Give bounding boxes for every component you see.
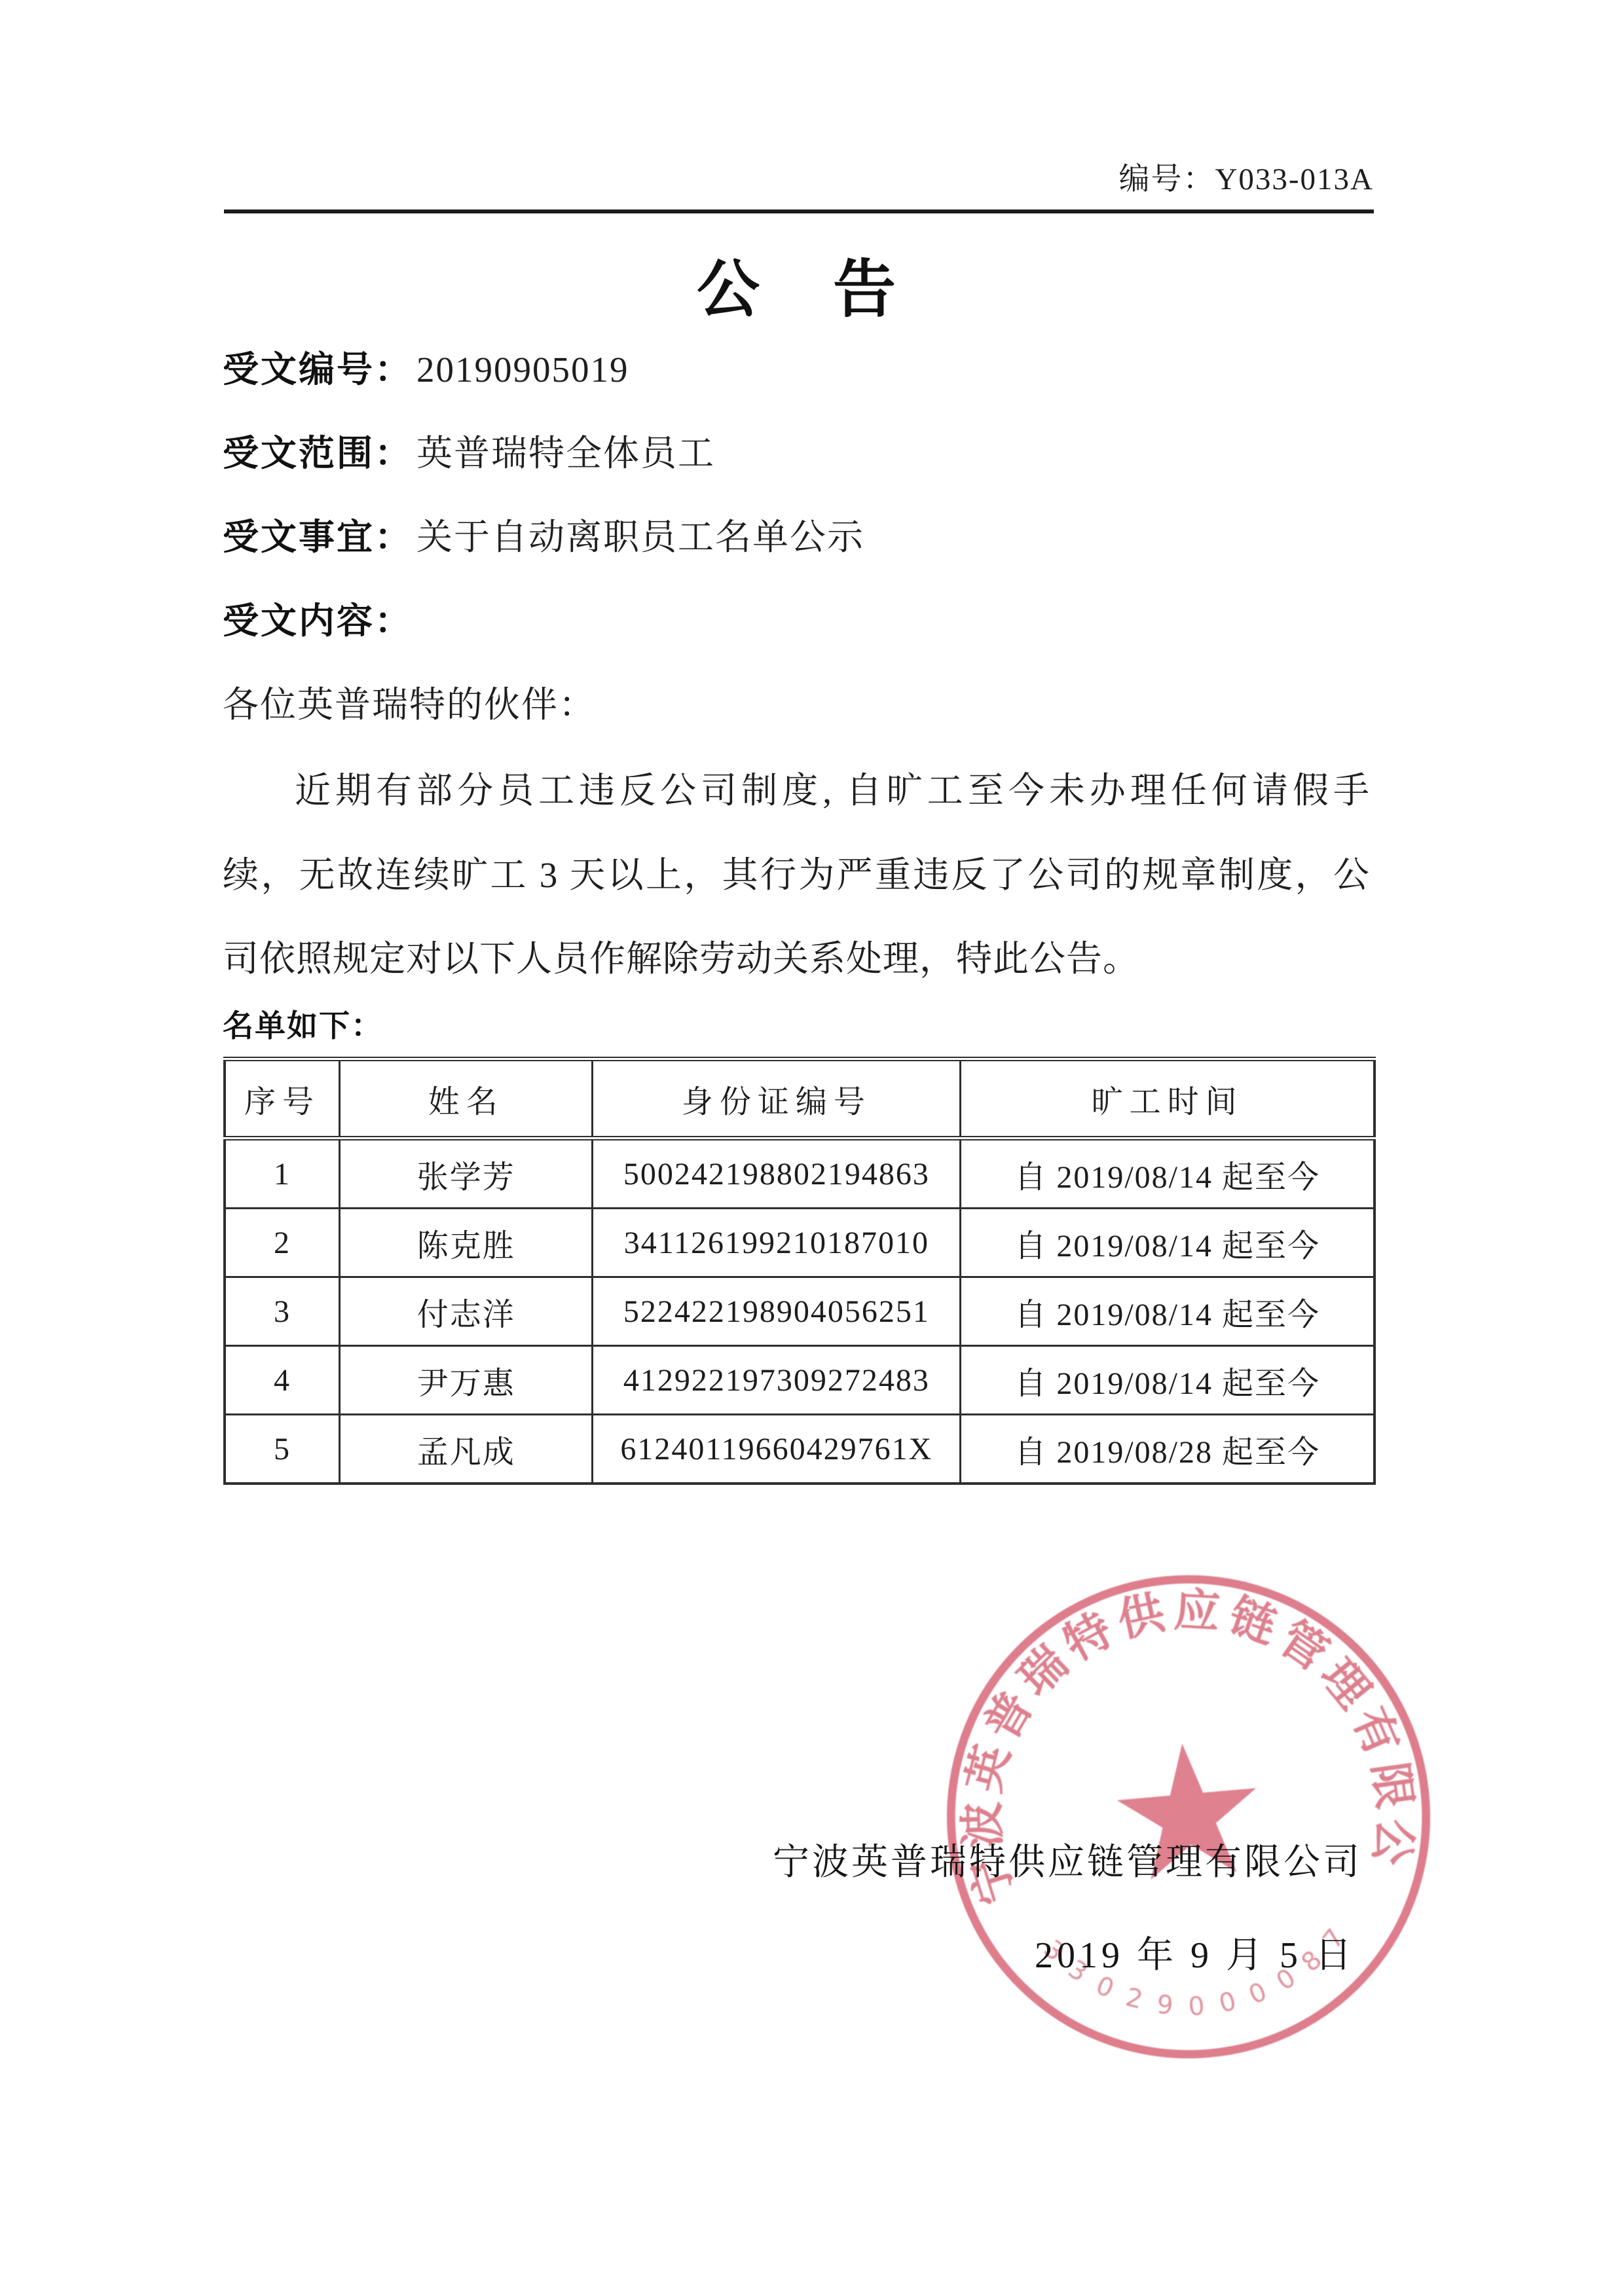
cell-index: 4 (225, 1346, 340, 1415)
page-title: 公 告 (223, 240, 1375, 329)
col-header-id-number: 身份证编号 (593, 1059, 961, 1139)
cell-name: 付志洋 (340, 1277, 593, 1346)
table-row: 4 尹万惠 412922197309272483 自 2019/08/14 起至… (225, 1346, 1375, 1415)
table-row: 2 陈克胜 341126199210187010 自 2019/08/14 起至… (225, 1209, 1375, 1277)
list-label: 名单如下： (223, 1002, 383, 1046)
cell-id-number: 412922197309272483 (593, 1346, 961, 1415)
announcement-document-page: 编号：Y033-013A 公 告 受文编号：20190905019 受文范围：英… (0, 0, 1624, 2296)
signature-block: 宁波英普瑞特供应链管理有限公司 2019 年 9 月 5 日 (223, 1833, 1362, 1978)
cell-absence-period: 自 2019/08/14 起至今 (961, 1139, 1375, 1209)
field-receive-scope-label: 受文范围： (223, 433, 413, 473)
company-seal-stamp: 宁波英普瑞特供应链管理有限公司 3302900008706 (912, 1540, 1465, 2093)
signature-date: 2019 年 9 月 5 日 (223, 1926, 1356, 1978)
cell-absence-period: 自 2019/08/14 起至今 (961, 1346, 1375, 1415)
table-row: 1 张学芳 500242198802194863 自 2019/08/14 起至… (225, 1139, 1375, 1209)
company-seal-svg: 宁波英普瑞特供应链管理有限公司 3302900008706 (912, 1540, 1465, 2093)
cell-name: 尹万惠 (340, 1346, 593, 1415)
cell-name: 张学芳 (340, 1139, 593, 1209)
table-row: 5 孟凡成 61240119660429761X 自 2019/08/28 起至… (225, 1415, 1375, 1484)
cell-id-number: 61240119660429761X (593, 1415, 961, 1484)
document-number: 编号：Y033-013A (223, 155, 1374, 198)
field-receive-number-label: 受文编号： (223, 349, 413, 390)
field-receive-content-label: 受文内容： (223, 600, 413, 641)
field-receive-scope-value: 英普瑞特全体员工 (416, 433, 715, 473)
cell-name: 陈克胜 (340, 1209, 593, 1277)
body-line-3: 司依照规定对以下人员作解除劳动关系处理，特此公告。 (223, 930, 1370, 981)
header-rule (224, 210, 1374, 213)
cell-absence-period: 自 2019/08/14 起至今 (961, 1209, 1375, 1277)
field-receive-subject-value: 关于自动离职员工名单公示 (416, 517, 864, 557)
body-line-1: 近期有部分员工违反公司制度, 自旷工至今未办理任何请假手 (223, 761, 1370, 813)
cell-absence-period: 自 2019/08/14 起至今 (961, 1277, 1375, 1346)
col-header-name: 姓名 (340, 1059, 593, 1139)
field-receive-scope: 受文范围：英普瑞特全体员工 (223, 424, 715, 476)
signature-company-name: 宁波英普瑞特供应链管理有限公司 (223, 1833, 1362, 1886)
cell-id-number: 341126199210187010 (593, 1209, 961, 1277)
cell-id-number: 500242198802194863 (593, 1139, 961, 1209)
field-receive-subject: 受文事宜：关于自动离职员工名单公示 (223, 508, 864, 560)
cell-id-number: 522422198904056251 (593, 1277, 961, 1346)
col-header-index: 序号 (225, 1059, 340, 1139)
cell-index: 1 (225, 1139, 340, 1209)
cell-absence-period: 自 2019/08/28 起至今 (961, 1415, 1375, 1484)
salutation: 各位英普瑞特的伙伴： (223, 676, 596, 727)
body-line-2: 续，无故连续旷工 3 天以上，其行为严重违反了公司的规章制度，公 (223, 846, 1370, 898)
cell-index: 5 (225, 1415, 340, 1484)
cell-index: 2 (225, 1209, 340, 1277)
cell-index: 3 (225, 1277, 340, 1346)
table-row: 3 付志洋 522422198904056251 自 2019/08/14 起至… (225, 1277, 1375, 1346)
dismissed-employees-table: 序号 姓名 身份证编号 旷工时间 1 张学芳 50024219880219486… (223, 1057, 1376, 1485)
field-receive-content: 受文内容： (223, 592, 416, 644)
field-receive-subject-label: 受文事宜： (223, 517, 413, 557)
field-receive-number-value: 20190905019 (416, 350, 629, 390)
col-header-absence-period: 旷工时间 (961, 1059, 1375, 1139)
field-receive-number: 受文编号：20190905019 (223, 340, 629, 392)
cell-name: 孟凡成 (340, 1415, 593, 1484)
table-header-row: 序号 姓名 身份证编号 旷工时间 (225, 1059, 1375, 1139)
